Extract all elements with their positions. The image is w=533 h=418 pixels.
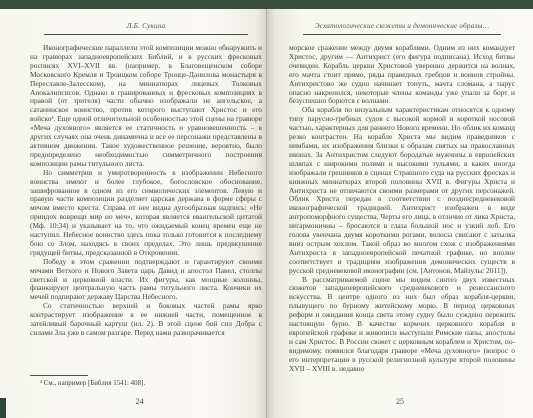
right-paragraph-1: морское сражение между двумя кораблями. … [289, 44, 515, 106]
left-running-header: Л.Б. Сукина [30, 22, 262, 31]
right-header-rule [303, 34, 502, 35]
right-running-header-block: Эсхатологические сюжеты и демонические о… [289, 22, 515, 35]
right-page-number: 25 [267, 397, 533, 406]
spine-divider [266, 9, 267, 418]
left-footnote-block: ³ См., например [Библия 1541: 408]. [30, 375, 260, 388]
left-header-rule [44, 34, 248, 35]
left-paragraph-1: Иконографические параллели этой композиц… [30, 44, 262, 169]
page-left: Л.Б. Сукина Иконографические параллели э… [0, 9, 267, 418]
left-paragraph-2: Но симметрия и умиротворенность в изобра… [30, 169, 262, 258]
scan-corner-artifact [0, 398, 6, 418]
left-body-text: Иконографические параллели этой композиц… [30, 44, 262, 338]
left-paragraph-3: Победу в этом сражении подтверждают и га… [30, 258, 262, 303]
right-running-header: Эсхатологические сюжеты и демонические о… [289, 22, 515, 31]
footnote-text: ³ См., например [Библия 1541: 408]. [30, 380, 260, 388]
left-page-number: 24 [0, 397, 267, 406]
page-right: Эсхатологические сюжеты и демонические о… [267, 9, 533, 418]
right-body-text: морское сражение между двумя кораблями. … [289, 44, 515, 374]
right-paragraph-3: В рассматриваемой сцене мы видим синтез … [289, 276, 515, 374]
footnote-rule [30, 375, 88, 376]
left-running-header-block: Л.Б. Сукина [30, 22, 262, 35]
left-paragraph-4: Со статичностью верхней и боковых частей… [30, 302, 262, 338]
right-paragraph-2: Оба корабля по визуальным характеристика… [289, 106, 515, 275]
